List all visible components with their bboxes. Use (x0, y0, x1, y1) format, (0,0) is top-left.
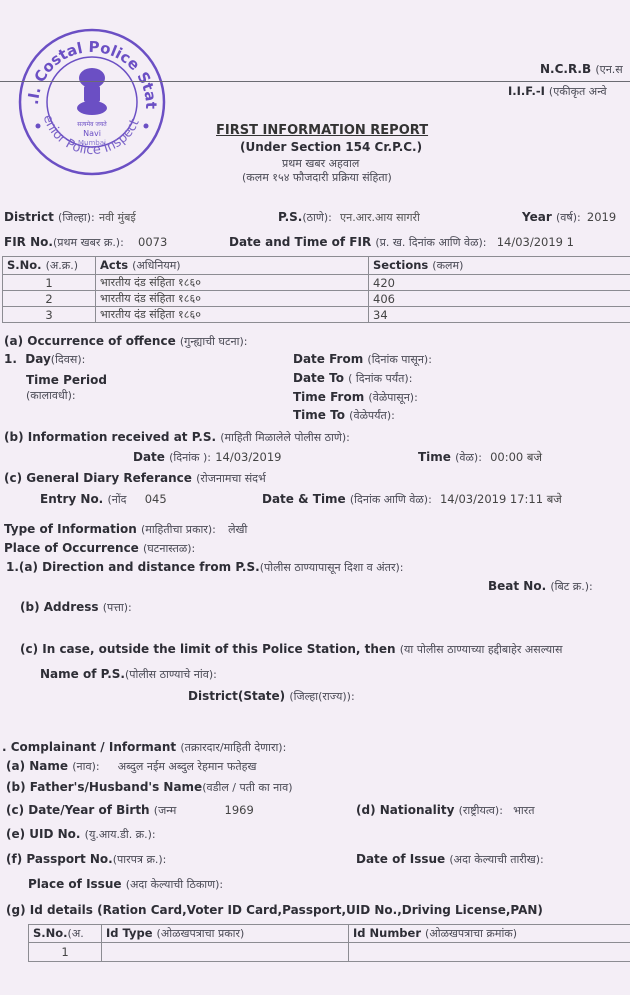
time-period-label-mr: (कालावधी): (26, 388, 76, 403)
header-sections: Sections (कलम) (369, 257, 630, 275)
beat-no-field: Beat No. (बिट क्र.): (488, 579, 593, 594)
acts-table: S.No. (अ.क्र.) Acts (अधिनियम) Sections (… (2, 256, 630, 323)
row-section: 420 (369, 275, 630, 291)
fir-value: 0073 (138, 235, 167, 249)
dob-field: (c) Date/Year of Birth (जन्म 1969 (6, 803, 254, 818)
page-title: FIRST INFORMATION REPORT (216, 123, 428, 138)
row-id-sno: 1 (29, 943, 102, 962)
time-period-label: Time Period (26, 373, 107, 387)
iif-marathi: (एकीकृत अन्वे (549, 85, 607, 98)
address-field: (b) Address (पत्ता): (20, 600, 132, 615)
svg-text:सत्यमेव जयते: सत्यमेव जयते (77, 120, 107, 128)
svg-text:Mumbai: Mumbai (78, 139, 106, 147)
row-id-type (102, 943, 349, 962)
diary-heading: (c) General Diary Referance (रोजनामचा सं… (4, 471, 266, 486)
police-station-stamp: N.R.I. Costal Police Station Senior Poli… (16, 26, 168, 178)
stamp-seal-icon: N.R.I. Costal Police Station Senior Poli… (16, 26, 168, 178)
info-time-field: Time (वेळ): 00:00 बजे (418, 450, 542, 465)
time-from-field: Time From (वेळेपासून): (293, 390, 418, 405)
row-act: भारतीय दंड संहिता १८६० (96, 291, 369, 307)
row-id-number (349, 943, 630, 962)
header-id-number: Id Number (ओळखपत्राचा क्रमांक) (349, 925, 630, 943)
time-to-field: Time To (वेळेपर्यंत): (293, 408, 395, 423)
row-act: भारतीय दंड संहिता १८६० (96, 275, 369, 291)
ncrb-label: N.C.R.B (एन.स (540, 62, 623, 77)
diary-datetime-field: Date & Time (दिनांक आणि वेळ): 14/03/2019… (262, 492, 562, 507)
table-row: 1 भारतीय दंड संहिता १८६० 420 (3, 275, 630, 291)
header-id-type: Id Type (ओळखपत्राचा प्रकार) (102, 925, 349, 943)
entry-no-field: Entry No. (नोंद 045 (40, 492, 167, 507)
fir-datetime-label: Date and Time of FIR (229, 235, 371, 249)
ps-label: P.S. (278, 210, 302, 224)
row-section: 406 (369, 291, 630, 307)
header-sno: S.No. (अ.क्र.) (3, 257, 96, 275)
occurrence-heading: (a) Occurrence of offence (गुन्ह्याची घट… (4, 334, 248, 349)
police-station-field: P.S.(ठाणे): एन.आर.आय सागरी (278, 210, 420, 225)
place-heading: Place of Occurrence (घटनास्तळ): (4, 541, 195, 556)
id-details-table: S.No.(अ. Id Type (ओळखपत्राचा प्रकार) Id … (28, 924, 630, 962)
year-label-mr: (वर्ष): (556, 211, 581, 224)
district-label-mr: (जिल्हा): (58, 211, 95, 224)
passport-field: (f) Passport No.(पारपत्र क्र.): (6, 852, 166, 867)
iif-code: I.I.F.-I (508, 84, 545, 98)
iif-label: I.I.F.-I (एकीकृत अन्वे (508, 84, 607, 99)
ps-name-field: Name of P.S.(पोलीस ठाण्याचे नांव): (40, 667, 217, 682)
fir-datetime-value: 14/03/2019 1 (497, 235, 574, 249)
fir-label-mr: (प्रथम खबर क्र.): (53, 236, 124, 249)
row-section: 34 (369, 307, 630, 323)
outside-limit-field: (c) In case, outside the limit of this P… (20, 642, 562, 657)
district-value: नवी मुंबई (99, 211, 136, 224)
day-field: 1. Day(दिवस): (4, 352, 85, 367)
year-value: 2019 (587, 210, 616, 224)
page-subtitle-marathi: प्रथम खबर अहवाल (282, 156, 359, 171)
header-acts: Acts (अधिनियम) (96, 257, 369, 275)
district-field: District (जिल्हा): नवी मुंबई (4, 210, 136, 225)
direction-field: 1.(a) Direction and distance from P.S.(प… (6, 560, 403, 575)
date-from-field: Date From (दिनांक पासून): (293, 352, 432, 367)
header-id-sno: S.No.(अ. (29, 925, 102, 943)
svg-text:Navi: Navi (83, 129, 101, 138)
fir-datetime-label-mr: (प्र. ख. दिनांक आणि वेळ): (375, 236, 486, 249)
id-details-heading: (g) Id details (Ration Card,Voter ID Car… (6, 903, 543, 917)
uid-field: (e) UID No. (यु.आय.डी. क्र.): (6, 827, 156, 842)
page-subtitle-marathi-2: (कलम १५४ फौजदारी प्रक्रिया संहिता) (242, 170, 392, 185)
fir-number-field: FIR No.(प्रथम खबर क्र.): 0073 (4, 235, 167, 250)
ps-label-mr: (ठाणे): (302, 211, 331, 224)
acts-table-header: S.No. (अ.क्र.) Acts (अधिनियम) Sections (… (3, 257, 630, 275)
info-date-field: Date (दिनांक ): 14/03/2019 (133, 450, 282, 465)
complainant-heading: . Complainant / Informant (तक्रारदार/माह… (2, 740, 286, 755)
table-row: 1 (29, 943, 630, 962)
date-of-issue-field: Date of Issue (अदा केल्याची तारीख): (356, 852, 544, 867)
header-divider (0, 81, 630, 82)
father-name-field: (b) Father's/Husband's Name(वडील / पती क… (6, 780, 293, 795)
row-sno: 2 (3, 291, 96, 307)
table-row: 3 भारतीय दंड संहिता १८६० 34 (3, 307, 630, 323)
year-field: Year (वर्ष): 2019 (522, 210, 616, 225)
fir-datetime-field: Date and Time of FIR (प्र. ख. दिनांक आणि… (229, 235, 574, 250)
ncrb-code: N.C.R.B (540, 62, 591, 76)
type-of-information-field: Type of Information (माहितीचा प्रकार): ल… (4, 522, 247, 537)
nationality-field: (d) Nationality (राष्ट्रीयत्व): भारत (356, 803, 534, 818)
row-sno: 1 (3, 275, 96, 291)
place-of-issue-field: Place of Issue (अदा केल्याची ठिकाण): (28, 877, 223, 892)
id-table-header: S.No.(अ. Id Type (ओळखपत्राचा प्रकार) Id … (29, 925, 630, 943)
row-sno: 3 (3, 307, 96, 323)
page-subtitle: (Under Section 154 Cr.P.C.) (240, 140, 422, 154)
fir-label: FIR No. (4, 235, 53, 249)
date-to-field: Date To ( दिनांक पर्यंत): (293, 371, 412, 386)
complainant-name-field: (a) Name (नाव): अब्दुल नईम अब्दुल रेहमान… (6, 759, 256, 774)
year-label: Year (522, 210, 552, 224)
info-received-heading: (b) Information received at P.S. (माहिती… (4, 430, 350, 445)
table-row: 2 भारतीय दंड संहिता १८६० 406 (3, 291, 630, 307)
district-state-field: District(State) (जिल्हा(राज्य)): (188, 689, 355, 704)
row-act: भारतीय दंड संहिता १८६० (96, 307, 369, 323)
district-label: District (4, 210, 54, 224)
ncrb-marathi: (एन.स (595, 63, 622, 76)
ps-value: एन.आर.आय सागरी (340, 211, 420, 224)
